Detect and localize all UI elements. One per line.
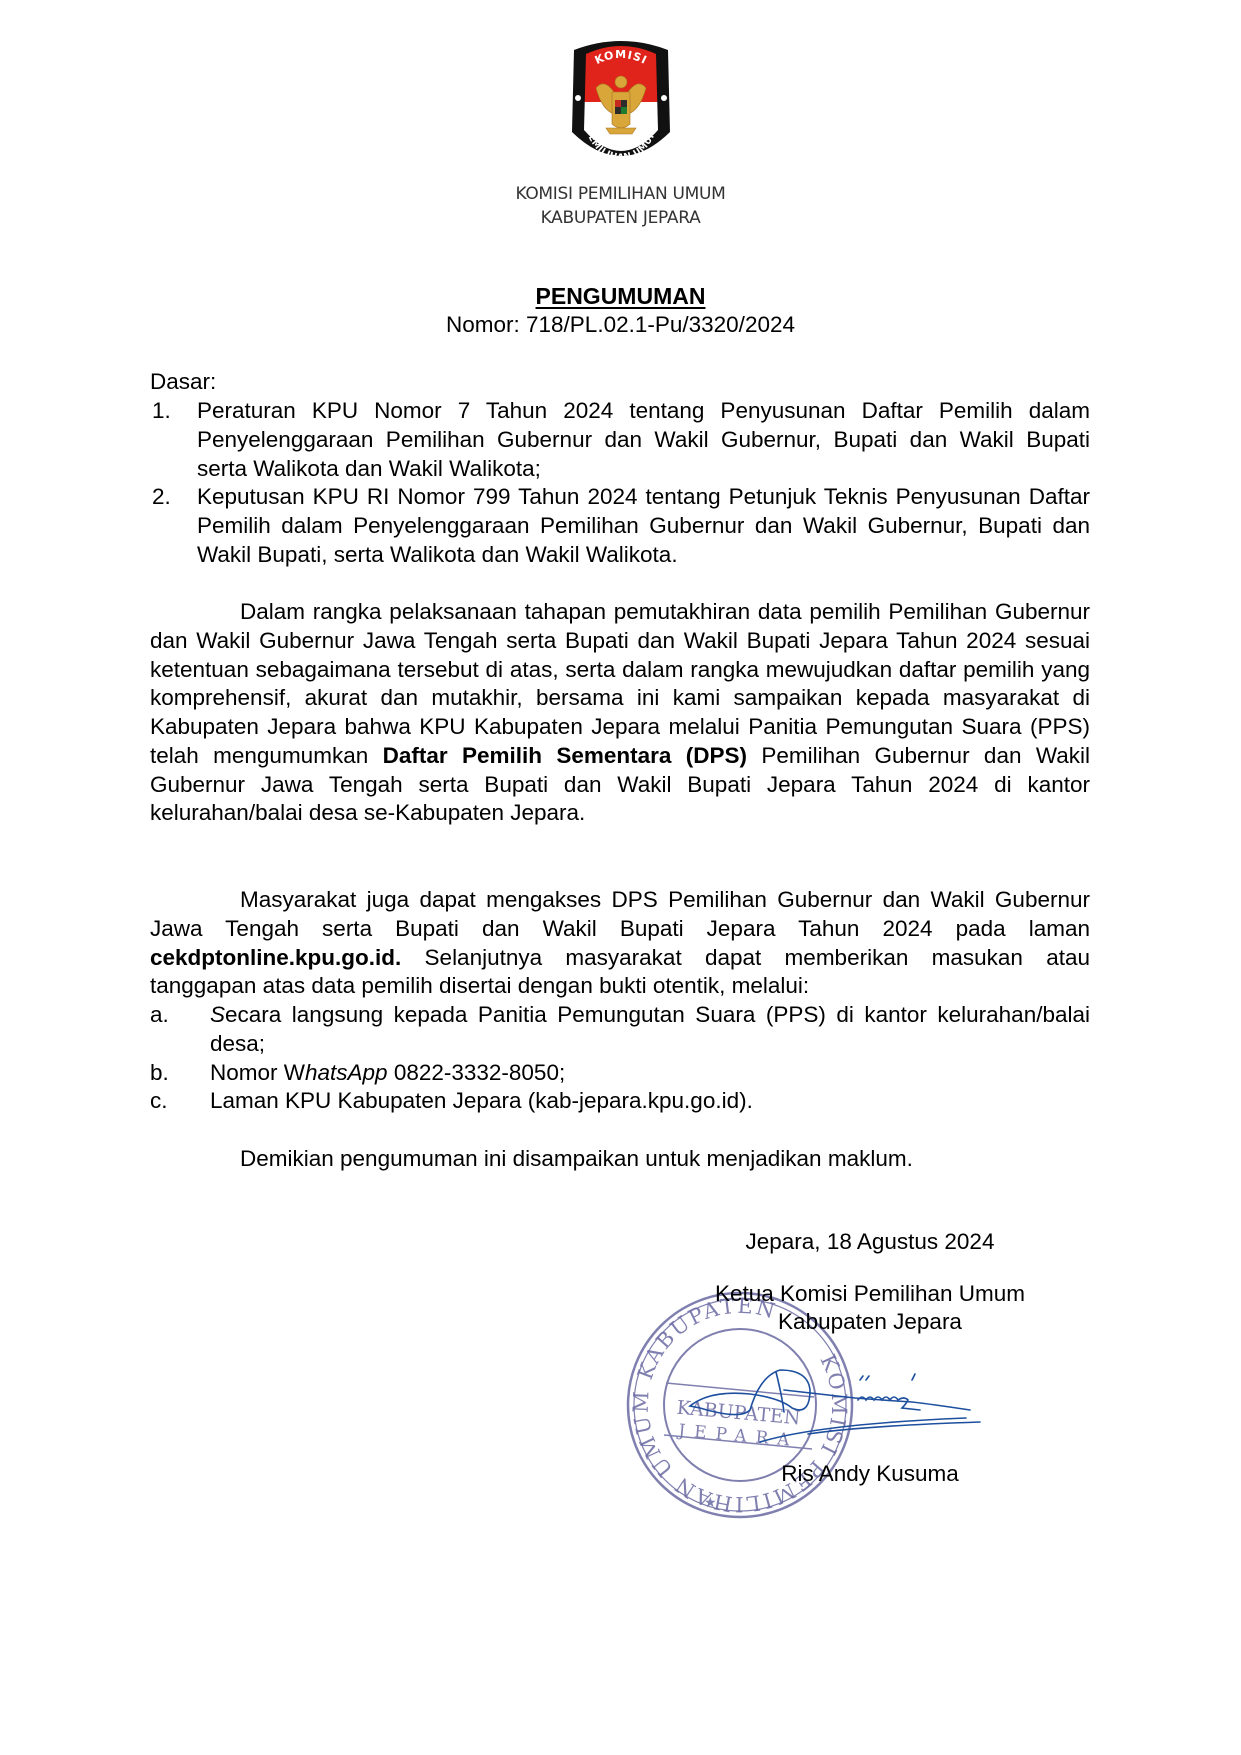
channel-item: b.Nomor WhatsApp 0822-3332-8050; bbox=[150, 1059, 1090, 1088]
channel-text-italic: hatsApp bbox=[305, 1060, 388, 1085]
document-title: PENGUMUMAN bbox=[0, 283, 1241, 310]
signer-role: Ketua Komisi Pemilihan Umum bbox=[690, 1280, 1050, 1309]
basis-list: 1. Peraturan KPU Nomor 7 Tahun 2024 tent… bbox=[150, 397, 1090, 570]
basis-label: Dasar: bbox=[150, 368, 1090, 397]
basis-item-text: Keputusan KPU RI Nomor 799 Tahun 2024 te… bbox=[197, 484, 1090, 567]
basis-item: 2. Keputusan KPU RI Nomor 799 Tahun 2024… bbox=[150, 483, 1090, 569]
kpu-logo-icon: KOMISI PEMILIHAN UMUM bbox=[566, 40, 676, 168]
basis-item-number: 2. bbox=[152, 483, 171, 512]
basis-item-number: 1. bbox=[152, 397, 171, 426]
org-name: KOMISI PEMILIHAN UMUM bbox=[0, 184, 1241, 204]
channel-text: Nomor W bbox=[210, 1060, 305, 1085]
closing-sentence: Demikian pengumuman ini disampaikan untu… bbox=[240, 1145, 1090, 1174]
signer-office: Kabupaten Jepara bbox=[690, 1308, 1050, 1337]
channel-item: a.Secara langsung kepada Panitia Pemungu… bbox=[150, 1001, 1090, 1059]
svg-text:★: ★ bbox=[704, 1494, 717, 1510]
channel-text: ecara langsung kepada Panitia Pemungutan… bbox=[210, 1002, 1090, 1056]
channel-item: c.Laman KPU Kabupaten Jepara (kab-jepara… bbox=[150, 1087, 1090, 1116]
access-paragraph: Masyarakat juga dapat mengakses DPS Pemi… bbox=[150, 886, 1090, 1001]
channel-letter: c. bbox=[150, 1087, 168, 1116]
document-number: Nomor: 718/PL.02.1-Pu/3320/2024 bbox=[0, 312, 1241, 338]
channel-letter: a. bbox=[150, 1001, 169, 1030]
org-region: KABUPATEN JEPARA bbox=[0, 208, 1241, 228]
channel-letter: b. bbox=[150, 1059, 169, 1088]
handwritten-signature-icon bbox=[680, 1350, 1000, 1460]
announcement-paragraph: Dalam rangka pelaksanaan tahapan pemutak… bbox=[150, 598, 1090, 828]
channel-text: Laman KPU Kabupaten Jepara (kab-jepara.k… bbox=[210, 1088, 753, 1113]
channel-text-italic: S bbox=[210, 1002, 225, 1027]
place-date: Jepara, 18 Agustus 2024 bbox=[700, 1228, 1040, 1257]
cekdpt-link[interactable]: cekdptonline.kpu.go.id. bbox=[150, 945, 401, 970]
basis-item: 1. Peraturan KPU Nomor 7 Tahun 2024 tent… bbox=[150, 397, 1090, 483]
feedback-channels: a.Secara langsung kepada Panitia Pemungu… bbox=[150, 1001, 1090, 1116]
signer-name: Ris Andy Kusuma bbox=[720, 1460, 1020, 1489]
whatsapp-number: 0822-3332-8050; bbox=[388, 1060, 566, 1085]
basis-item-text: Peraturan KPU Nomor 7 Tahun 2024 tentang… bbox=[197, 398, 1090, 481]
dps-term: Daftar Pemilih Sementara (DPS) bbox=[383, 743, 747, 768]
